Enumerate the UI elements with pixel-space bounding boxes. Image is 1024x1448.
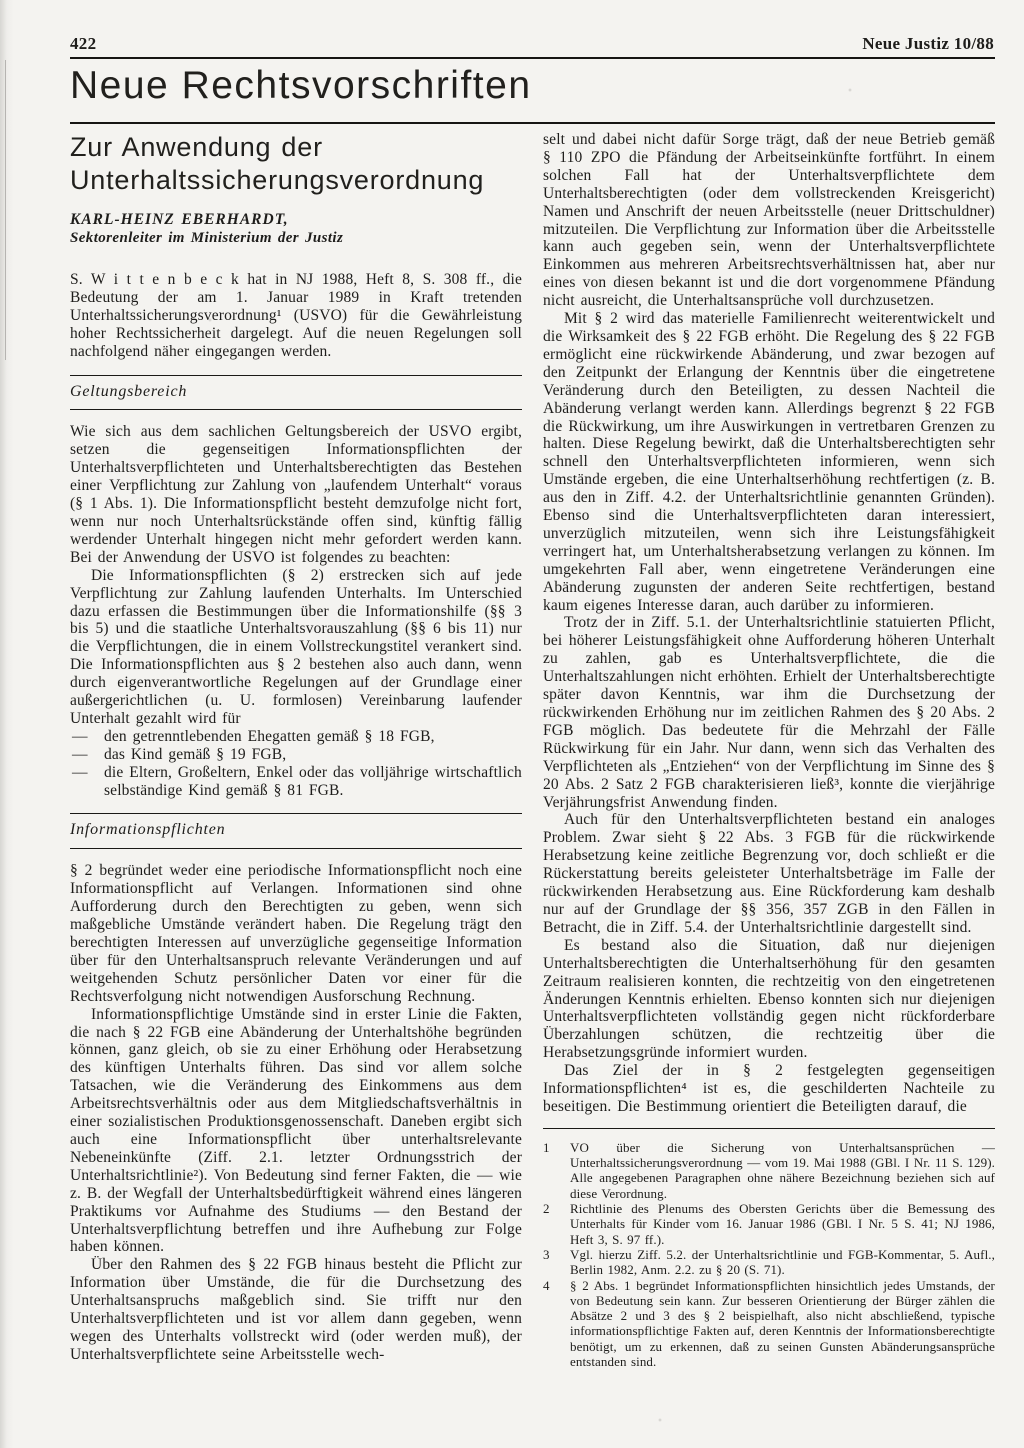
footnote-number: 2 bbox=[543, 1201, 558, 1247]
footnote-separator-rule bbox=[543, 1128, 995, 1129]
footnote-text: Richtlinie des Plenums des Obersten Geri… bbox=[570, 1201, 995, 1247]
footnote: 4 § 2 Abs. 1 begründet Informationspflic… bbox=[543, 1278, 995, 1370]
footnote-text: VO über die Sicherung von Unterhaltsansp… bbox=[570, 1140, 995, 1201]
dash-list: —den getrenntlebenden Ehegatten gemäß § … bbox=[70, 728, 522, 800]
section-heading-informationspflichten: Informationspflichten bbox=[70, 813, 522, 849]
list-item: —den getrenntlebenden Ehegatten gemäß § … bbox=[70, 728, 522, 746]
body-paragraph: Mit § 2 wird das materielle Familienrech… bbox=[543, 310, 995, 614]
header-rule bbox=[70, 57, 995, 59]
page-number: 422 bbox=[70, 34, 96, 54]
body-paragraph: selt und dabei nicht dafür Sorge trägt, … bbox=[543, 131, 995, 310]
scanned-journal-page: 422 Neue Justiz 10/88 Neue Rechtsvorschr… bbox=[0, 0, 1024, 1448]
right-column: selt und dabei nicht dafür Sorge trägt, … bbox=[543, 131, 995, 1369]
footnote: 2 Richtlinie des Plenums des Obersten Ge… bbox=[543, 1201, 995, 1247]
left-column: Zur Anwendung der Unterhaltssicherungsve… bbox=[70, 131, 522, 1364]
body-paragraph: Informationspflichtige Umstände sind in … bbox=[70, 1006, 522, 1257]
body-paragraph: Das Ziel der in § 2 festgelegten gegense… bbox=[543, 1062, 995, 1116]
list-item-text: das Kind gemäß § 19 FGB, bbox=[104, 746, 286, 763]
body-paragraph: Wie sich aus dem sachlichen Geltungsbere… bbox=[70, 423, 522, 566]
journal-title: Neue Justiz 10/88 bbox=[862, 34, 994, 54]
list-item-text: den getrenntlebenden Ehegatten gemäß § 1… bbox=[104, 728, 435, 745]
body-paragraph: Die Informationspflichten (§ 2) erstreck… bbox=[70, 567, 522, 728]
body-paragraph: Es bestand also die Situation, daß nur d… bbox=[543, 937, 995, 1062]
author-role: Sektorenleiter im Ministerium der Justiz bbox=[70, 229, 522, 247]
article-title-line2: Unterhaltssicherungsverordnung bbox=[70, 164, 522, 197]
dash-marker: — bbox=[72, 746, 88, 764]
footnote-number: 4 bbox=[543, 1278, 558, 1370]
author-name: KARL-HEINZ EBERHARDT, bbox=[70, 210, 522, 229]
rubric-title: Neue Rechtsvorschriften bbox=[70, 64, 532, 108]
footnote: 1 VO über die Sicherung von Unterhaltsan… bbox=[543, 1140, 995, 1201]
section-heading-geltungsbereich: Geltungsbereich bbox=[70, 375, 522, 411]
masthead-rule bbox=[70, 122, 995, 124]
section-heading-label: Informationspflichten bbox=[70, 821, 225, 838]
footnote-number: 3 bbox=[543, 1247, 558, 1278]
list-item: —das Kind gemäß § 19 FGB, bbox=[70, 746, 522, 764]
footnote: 3 Vgl. hierzu Ziff. 5.2. der Unterhaltsr… bbox=[543, 1247, 995, 1278]
body-paragraph: § 2 begründet weder eine periodische Inf… bbox=[70, 862, 522, 1005]
article-title: Zur Anwendung der Unterhaltssicherungsve… bbox=[70, 131, 522, 197]
body-paragraph: Über den Rahmen des § 22 FGB hinaus best… bbox=[70, 1256, 522, 1363]
section-heading-label: Geltungsbereich bbox=[70, 383, 187, 400]
list-item: —die Eltern, Großeltern, Enkel oder das … bbox=[70, 764, 522, 800]
footnote-text: Vgl. hierzu Ziff. 5.2. der Unterhaltsric… bbox=[570, 1247, 995, 1278]
list-item-text: die Eltern, Großeltern, Enkel oder das v… bbox=[104, 764, 522, 799]
article-title-line1: Zur Anwendung der bbox=[70, 131, 522, 164]
running-header: 422 Neue Justiz 10/88 bbox=[70, 34, 994, 54]
body-paragraph: Auch für den Unterhaltsverpflichteten be… bbox=[543, 811, 995, 936]
dash-marker: — bbox=[72, 764, 88, 782]
footnote-text: § 2 Abs. 1 begründet Informationspflicht… bbox=[570, 1278, 995, 1370]
body-paragraph: Trotz der in Ziff. 5.1. der Unterhaltsri… bbox=[543, 614, 995, 811]
intro-paragraph: S. W i t t e n b e c k hat in NJ 1988, H… bbox=[70, 271, 522, 361]
scan-edge-artifact bbox=[5, 60, 6, 360]
footnotes: 1 VO über die Sicherung von Unterhaltsan… bbox=[543, 1140, 995, 1369]
footnote-number: 1 bbox=[543, 1140, 558, 1201]
author-block: KARL-HEINZ EBERHARDT, Sektorenleiter im … bbox=[70, 210, 522, 247]
dash-marker: — bbox=[72, 728, 88, 746]
